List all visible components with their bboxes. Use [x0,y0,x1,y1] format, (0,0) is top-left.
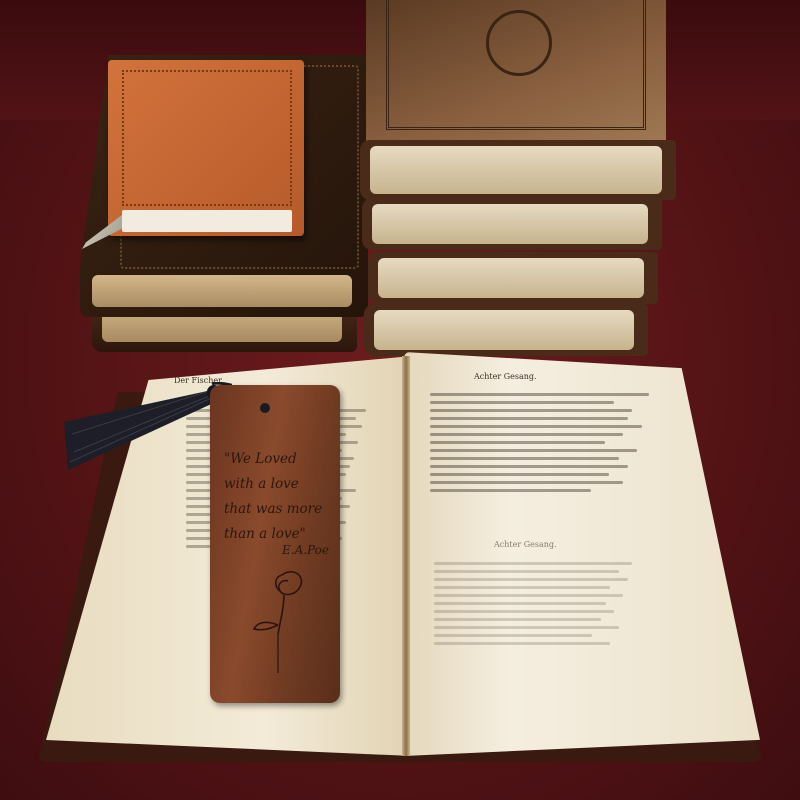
wooden-bookmark: "We Loved with a love that was more than… [210,385,340,703]
right-book-stack [358,0,676,360]
stack-book-4 [364,304,648,356]
right-running-header: Achter Gesang. [474,372,537,381]
stack-book-2 [362,198,662,250]
orange-book [108,60,304,236]
book-gutter [402,356,410,756]
bookmark-quote: "We Loved with a love that was more than… [224,447,334,547]
page-number: 175 [687,364,704,374]
stack-book-1 [360,140,676,200]
ornate-cover [366,0,666,150]
rose-icon [240,565,320,675]
bookmark-author: E.A.Poe [282,543,329,557]
stack-book-3 [368,252,658,304]
section-heading: Achter Gesang. [494,540,557,549]
bookmark-hole [260,403,270,413]
tassel-icon [62,382,232,472]
right-page: Achter Gesang. 175 Achter Gesang. [404,352,760,756]
